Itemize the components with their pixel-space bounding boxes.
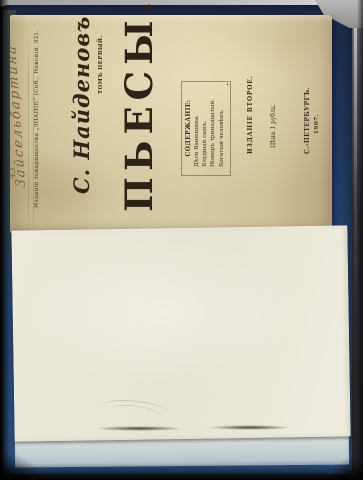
light-streak bbox=[354, 24, 357, 324]
imprint-year: 1907. bbox=[313, 94, 322, 154]
book-title: ПЬЕСЫ. bbox=[116, 48, 162, 212]
contents-box: СОДЕРЖАНІЕ: Дѣти Ванюшина. Блудный сынъ.… bbox=[181, 81, 231, 176]
edition-line: ИЗДАНІЕ ВТОРОЕ. bbox=[246, 96, 255, 154]
volume-label: ТОМЪ ПЕРВЫЙ. bbox=[97, 56, 105, 94]
title-page bbox=[10, 15, 332, 233]
imprint-city: С.-ПЕТЕРБУРГЪ. bbox=[304, 94, 313, 154]
contents-item: Номеръ тринадцатый. bbox=[209, 87, 217, 169]
blank-interleaf-sheet bbox=[11, 225, 350, 441]
contents-corner-mark: * bbox=[226, 83, 232, 86]
contents-heading: СОДЕРЖАНІЕ: bbox=[185, 87, 192, 169]
publisher-line: Изданіе товарищества „ЗНАНІЕ“ (Спб., Нев… bbox=[33, 36, 42, 208]
book-photo: 43 Зайсельбартина Изданіе товарищества „… bbox=[0, 0, 363, 480]
sheet-edge-shadow bbox=[95, 426, 183, 431]
imprint-block: С.-ПЕТЕРБУРГЪ. 1907. bbox=[304, 94, 321, 154]
contents-item: Богатый человѣкъ. bbox=[218, 87, 226, 169]
author-name: С. Найденовъ. bbox=[68, 64, 96, 194]
price-line: Цѣна 1 рубль. bbox=[269, 100, 278, 152]
sheet-edge-shadow bbox=[208, 425, 292, 430]
contents-item: Блудный сынъ. bbox=[201, 87, 209, 169]
contents-item: Дѣти Ванюшина. bbox=[193, 87, 201, 169]
